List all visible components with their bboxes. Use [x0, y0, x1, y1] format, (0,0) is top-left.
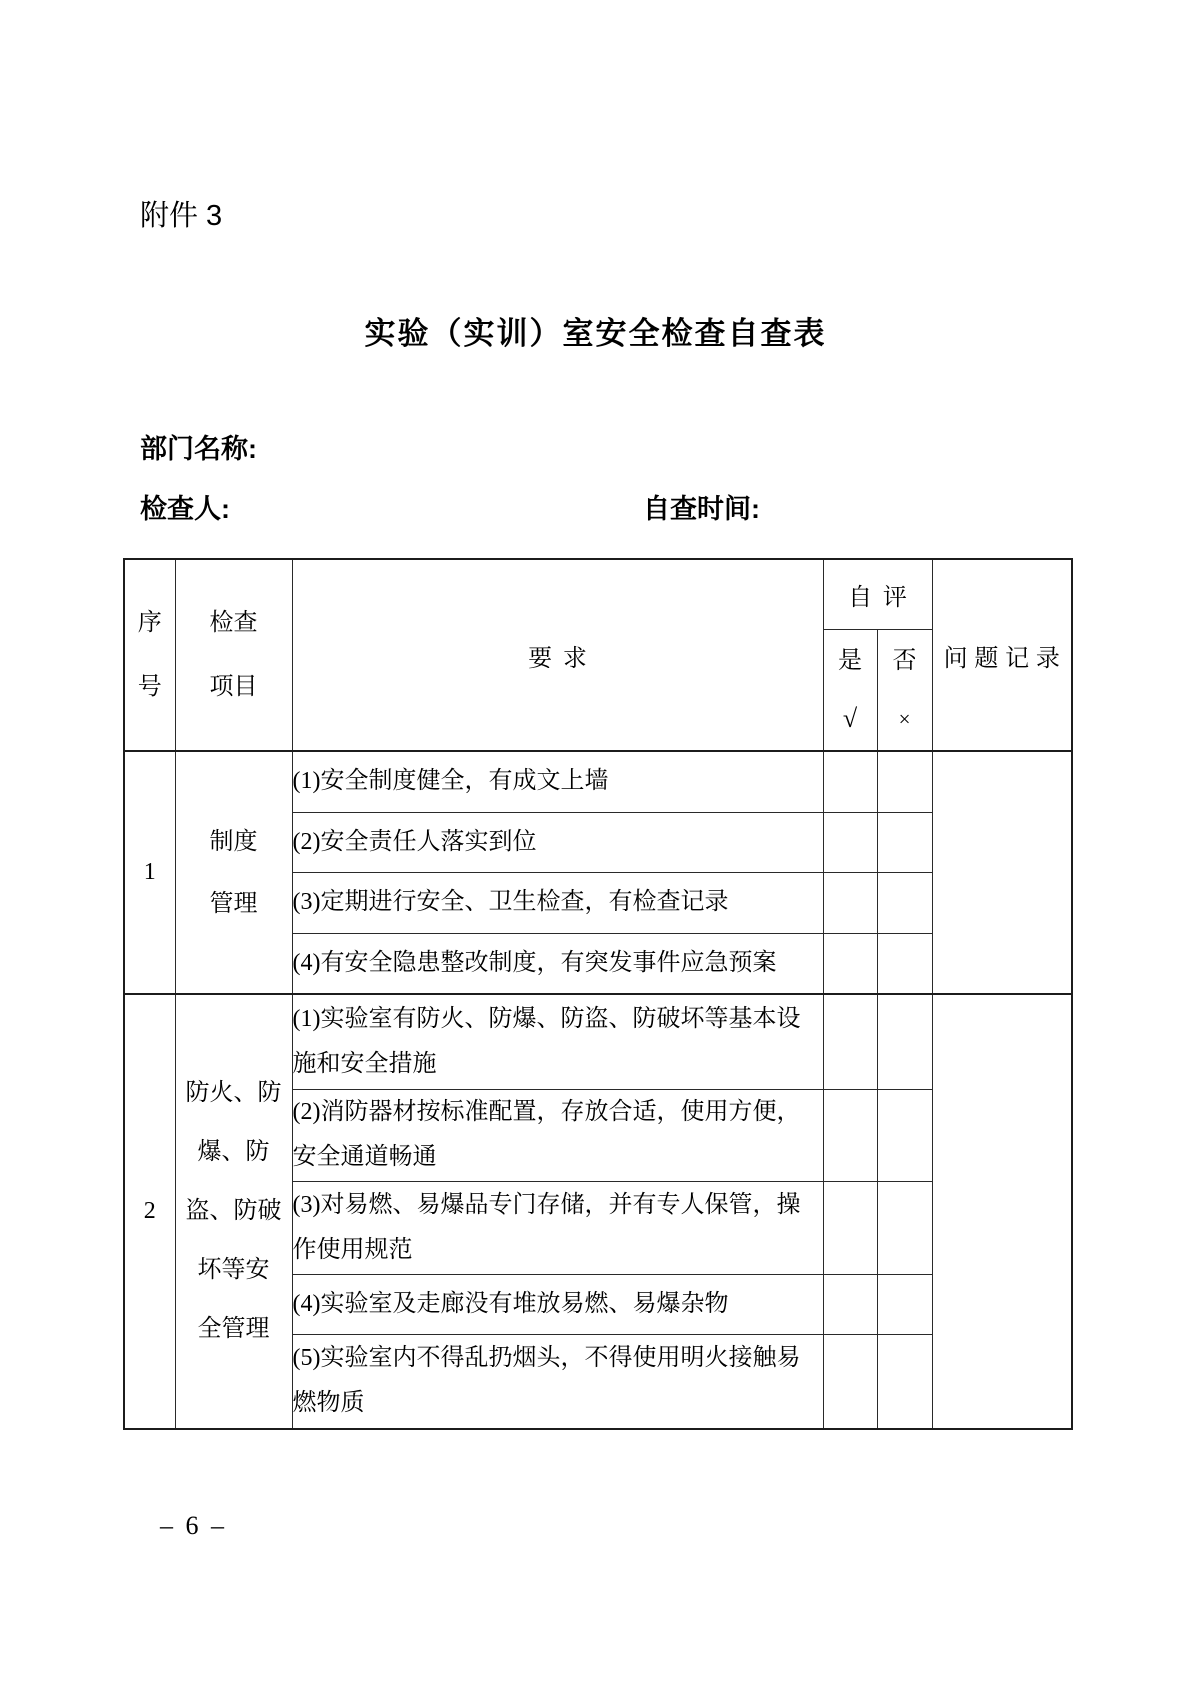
self-eval-no-cell	[877, 994, 932, 1089]
document-page: 附件 3 实验（实训）室安全检查自查表 部门名称: 检查人: 自查时间: 序 号…	[0, 0, 1191, 1684]
self-eval-no-cell	[877, 872, 932, 933]
self-eval-no-cell	[877, 1334, 932, 1429]
self-eval-yes-cell	[823, 751, 877, 812]
requirement-cell: (3)对易燃、易爆品专门存储，并有专人保管，操作使用规范	[292, 1181, 823, 1274]
self-eval-no-cell	[877, 812, 932, 872]
header-check-item-line1: 检查	[176, 591, 292, 655]
attachment-label: 附件 3	[140, 193, 222, 234]
requirement-cell: (5)实验室内不得乱扔烟头，不得使用明火接触易燃物质	[292, 1334, 823, 1429]
header-no: 否 ×	[877, 629, 932, 751]
requirement-cell: (1)安全制度健全，有成文上墙	[292, 751, 823, 812]
requirement-cell: (4)有安全隐患整改制度，有突发事件应急预案	[292, 933, 823, 994]
self-eval-yes-cell	[823, 812, 877, 872]
self-eval-no-cell	[877, 751, 932, 812]
header-check-item-line2: 项目	[176, 655, 292, 719]
requirement-cell: (3)定期进行安全、卫生检查，有检查记录	[292, 872, 823, 933]
section2-category-line1: 防火、防	[176, 1064, 292, 1123]
section1-category-line2: 管理	[176, 873, 292, 935]
header-self-eval: 自评	[823, 559, 932, 629]
section2-category: 防火、防 爆、防 盗、防破 坏等安 全管理	[175, 994, 292, 1429]
section1-seq-no: 1	[124, 751, 175, 994]
problem-record-cell	[932, 994, 1072, 1429]
self-eval-yes-cell	[823, 1334, 877, 1429]
self-eval-no-cell	[877, 1089, 932, 1181]
self-eval-no-cell	[877, 1181, 932, 1274]
self-eval-yes-cell	[823, 872, 877, 933]
department-name-label: 部门名称:	[140, 427, 257, 466]
section1-category: 制度 管理	[175, 751, 292, 994]
header-check-item: 检查 项目	[175, 559, 292, 751]
header-requirement-label: 要求	[528, 646, 598, 672]
header-seq-line1: 序	[125, 591, 175, 655]
self-eval-no-cell	[877, 1274, 932, 1334]
section2-category-line2: 爆、防	[176, 1123, 292, 1182]
self-eval-yes-cell	[823, 1274, 877, 1334]
requirement-cell: (4)实验室及走廊没有堆放易燃、易爆杂物	[292, 1274, 823, 1334]
header-self-eval-label: 自评	[848, 585, 918, 611]
x-mark-icon: ×	[878, 690, 932, 748]
inspector-label: 检查人:	[140, 487, 230, 526]
section1-category-line1: 制度	[176, 811, 292, 873]
requirement-cell: (1)实验室有防火、防爆、防盗、防破坏等基本设施和安全措施	[292, 994, 823, 1089]
self-eval-yes-cell	[823, 1181, 877, 1274]
header-seq-no: 序 号	[124, 559, 175, 751]
header-requirement: 要求	[292, 559, 823, 751]
section2-category-line4: 坏等安	[176, 1241, 292, 1300]
self-eval-no-cell	[877, 933, 932, 994]
check-mark-icon: √	[824, 690, 877, 748]
requirement-cell: (2)安全责任人落实到位	[292, 812, 823, 872]
self-eval-yes-cell	[823, 933, 877, 994]
header-problem-record: 问题记录	[932, 559, 1072, 751]
section2-category-line3: 盗、防破	[176, 1182, 292, 1241]
self-check-table: 序 号 检查 项目 要求 自评 问题记录 是	[123, 558, 1073, 1430]
header-yes: 是 √	[823, 629, 877, 751]
self-eval-yes-cell	[823, 1089, 877, 1181]
self-eval-yes-cell	[823, 994, 877, 1089]
section2-category-line5: 全管理	[176, 1300, 292, 1359]
self-check-time-label: 自查时间:	[643, 487, 760, 526]
header-yes-label: 是	[824, 632, 877, 690]
header-problem-record-label: 问题记录	[944, 646, 1067, 672]
section2-seq-no: 2	[124, 994, 175, 1429]
requirement-cell: (2)消防器材按标准配置，存放合适，使用方便，安全通道畅通	[292, 1089, 823, 1181]
page-number: – 6 –	[160, 1511, 227, 1541]
page-title: 实验（实训）室安全检查自查表	[0, 308, 1191, 353]
problem-record-cell	[932, 751, 1072, 994]
header-seq-line2: 号	[125, 655, 175, 719]
header-no-label: 否	[878, 632, 932, 690]
